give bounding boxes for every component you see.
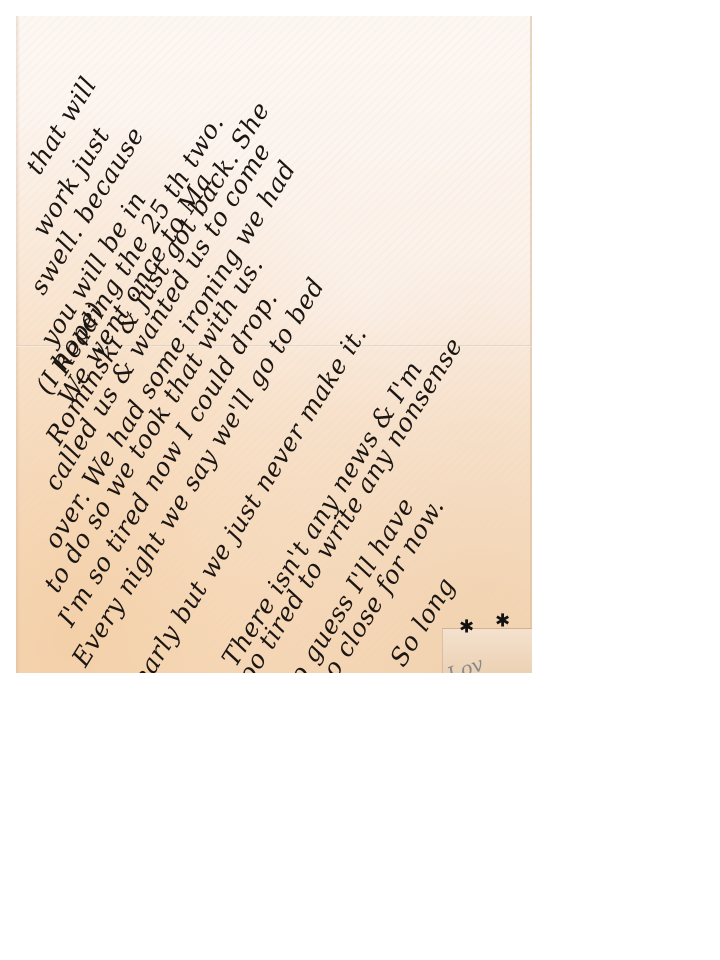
page-canvas: that will work just swell. because you w… [0,0,720,960]
letter-paper: that will work just swell. because you w… [16,16,532,673]
